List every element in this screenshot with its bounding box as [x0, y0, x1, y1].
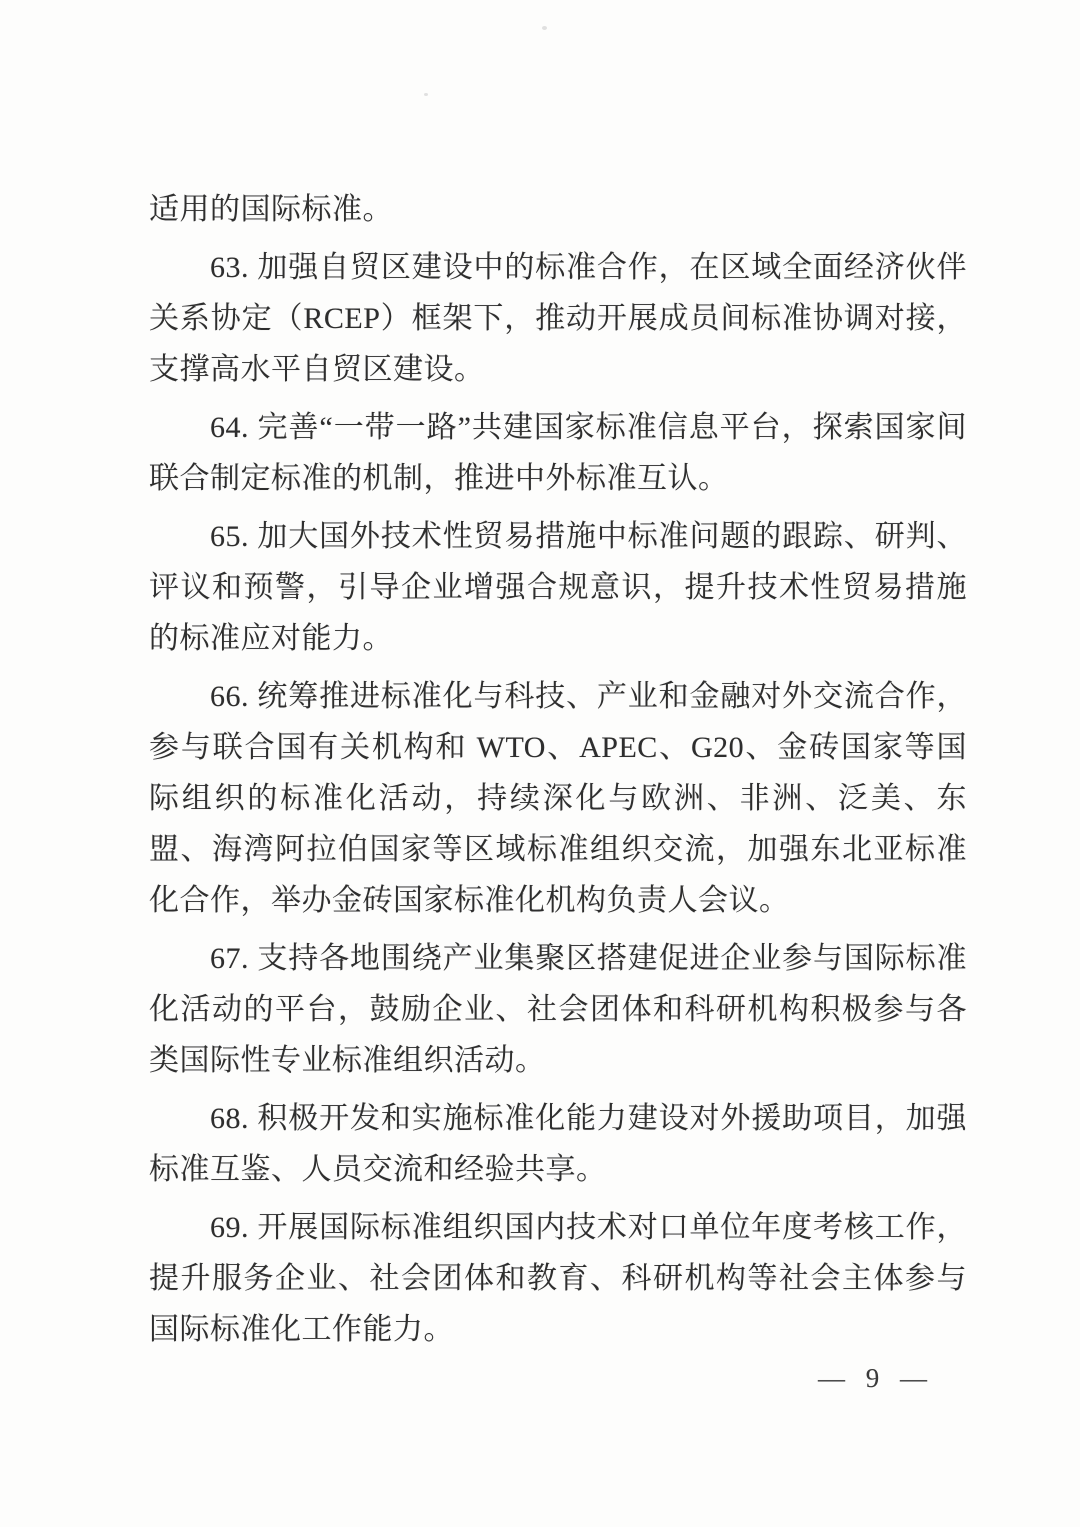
page-number: — 9 —	[818, 1363, 934, 1394]
document-page: 适用的国际标准。 63. 加强自贸区建设中的标准合作，在区域全面经济伙伴关系协定…	[0, 0, 1080, 1527]
paragraph-item-67: 67. 支持各地围绕产业集聚区搭建促进企业参与国际标准化活动的平台，鼓励企业、社…	[149, 933, 967, 1086]
paragraph-item-66: 66. 统筹推进标准化与科技、产业和金融对外交流合作，参与联合国有关机构和 WT…	[149, 671, 967, 926]
paragraph-item-68: 68. 积极开发和实施标准化能力建设对外援助项目，加强标准互鉴、人员交流和经验共…	[149, 1093, 967, 1195]
paragraph-item-69: 69. 开展国际标准组织国内技术对口单位年度考核工作，提升服务企业、社会团体和教…	[149, 1202, 967, 1355]
paragraph-item-63: 63. 加强自贸区建设中的标准合作，在区域全面经济伙伴关系协定（RCEP）框架下…	[149, 242, 967, 395]
paragraph-item-65: 65. 加大国外技术性贸易措施中标准问题的跟踪、研判、评议和预警，引导企业增强合…	[149, 511, 967, 664]
paragraph-continuation: 适用的国际标准。	[149, 184, 967, 235]
scan-artifact-speck	[542, 26, 547, 30]
scan-artifact-speck	[424, 93, 428, 96]
document-body: 适用的国际标准。 63. 加强自贸区建设中的标准合作，在区域全面经济伙伴关系协定…	[149, 184, 967, 1362]
paragraph-item-64: 64. 完善“一带一路”共建国家标准信息平台，探索国家间联合制定标准的机制，推进…	[149, 402, 967, 504]
